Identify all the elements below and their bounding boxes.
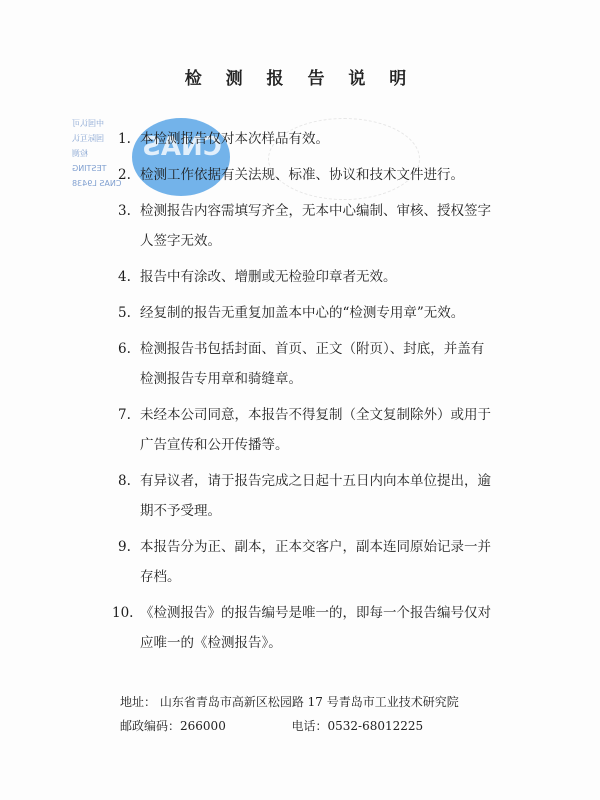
item-number: 3. [118,196,140,226]
list-item: 8. 有异议者，请于报告完成之日起十五日内向本单位提出，逾 期不予受理。 [118,466,518,526]
postcode-value: 266000 [180,719,226,733]
item-text: 检测工作依据有关法规、标准、协议和技术文件进行。 [140,160,518,190]
item-text: 未经本公司同意，本报告不得复制（全文复制除外）或用于 [140,400,518,430]
address-row: 地址： 山东省青岛市高新区松园路 17 号青岛市工业技术研究院 [120,690,459,714]
item-text: 检测报告专用章和骑缝章。 [140,364,518,394]
item-text: 人签字无效。 [140,226,518,256]
stamp-line: 国际互认 [72,131,124,146]
item-text: 检测报告内容需填写齐全，无本中心编制、审核、授权签字 [140,196,518,226]
list-item: 9. 本报告分为正、副本，正本交客户，副本连同原始记录一并 存档。 [118,532,518,592]
item-number: 8. [118,466,140,496]
item-number: 4. [118,262,140,292]
list-item: 7. 未经本公司同意，本报告不得复制（全文复制除外）或用于 广告宣传和公开传播等… [118,400,518,460]
item-text: 本报告分为正、副本，正本交客户，副本连同原始记录一并 [140,532,518,562]
item-text: 经复制的报告无重复加盖本中心的“检测专用章”无效。 [140,298,518,328]
item-text: 存档。 [140,562,518,592]
list-item: 6. 检测报告书包括封面、首页、正文（附页）、封底，并盖有 检测报告专用章和骑缝… [118,334,518,394]
page-title: 检 测 报 告 说 明 [0,64,600,89]
address-label: 地址： [120,695,156,709]
item-number: 9. [118,532,140,562]
item-number: 1. [118,124,140,154]
notes-list: 1. 本检测报告仅对本次样品有效。 2. 检测工作依据有关法规、标准、协议和技术… [118,124,518,658]
item-number: 6. [118,334,140,364]
cnas-stamp-side-text: 中国认可 国际互认 检测 TESTING CNAS L9438 [72,116,124,191]
stamp-line: 检测 [72,146,124,161]
document-page: CNAS 中国认可 国际互认 检测 TESTING CNAS L9438 检 测… [0,0,600,800]
phone-value: 0532-68012225 [328,719,424,733]
item-text: 期不予受理。 [140,496,518,526]
item-number: 2. [118,160,140,190]
list-item: 10. 《检测报告》的报告编号是唯一的，即每一个报告编号仅对 应唯一的《检测报告… [118,598,518,658]
item-number: 10. [112,598,134,628]
stamp-line: 中国认可 [72,116,124,131]
address-value: 山东省青岛市高新区松园路 17 号青岛市工业技术研究院 [160,695,459,709]
stamp-line: CNAS L9438 [72,176,124,191]
item-text: 报告中有涂改、增删或无检验印章者无效。 [140,262,518,292]
list-item: 4. 报告中有涂改、增删或无检验印章者无效。 [118,262,518,292]
item-number: 7. [118,400,140,430]
stamp-line: TESTING [72,161,124,176]
list-item: 3. 检测报告内容需填写齐全，无本中心编制、审核、授权签字 人签字无效。 [118,196,518,256]
item-text: 应唯一的《检测报告》。 [140,628,518,658]
item-text: 《检测报告》的报告编号是唯一的，即每一个报告编号仅对 [140,598,518,628]
postcode-label: 邮政编码： [120,719,180,733]
contact-footer: 地址： 山东省青岛市高新区松园路 17 号青岛市工业技术研究院 邮政编码：266… [120,690,459,738]
list-item: 2. 检测工作依据有关法规、标准、协议和技术文件进行。 [118,160,518,190]
item-text: 本检测报告仅对本次样品有效。 [140,124,518,154]
list-item: 1. 本检测报告仅对本次样品有效。 [118,124,518,154]
contact-row: 邮政编码：266000 电话：0532-68012225 [120,714,459,738]
item-text: 广告宣传和公开传播等。 [140,430,518,460]
item-text: 检测报告书包括封面、首页、正文（附页）、封底，并盖有 [140,334,518,364]
item-number: 5. [118,298,140,328]
item-text: 有异议者，请于报告完成之日起十五日内向本单位提出，逾 [140,466,518,496]
list-item: 5. 经复制的报告无重复加盖本中心的“检测专用章”无效。 [118,298,518,328]
phone-label: 电话： [291,719,327,733]
